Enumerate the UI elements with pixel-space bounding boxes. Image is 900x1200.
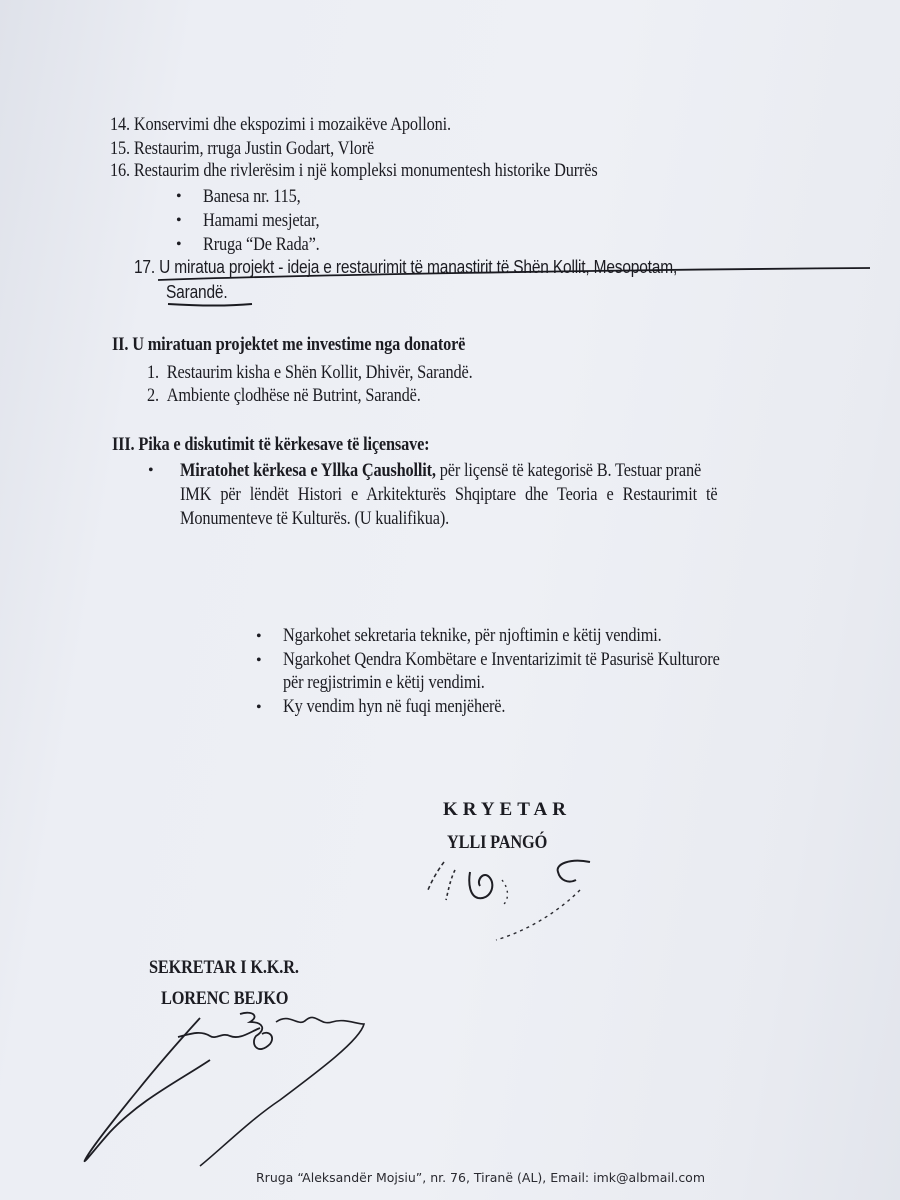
item-text: Restaurim dhe rivlerësim i një kompleksi…	[134, 160, 598, 181]
sub-item: Rruga “De Rada”.	[203, 234, 339, 256]
request-text: për liçensë të kategorisë B. Testuar pra…	[436, 460, 701, 481]
secretary-signature	[80, 1000, 380, 1170]
bullet-icon: •	[176, 212, 182, 230]
chair-signature	[400, 840, 620, 960]
bullet-icon: •	[176, 236, 182, 254]
item-text: Restaurim kisha e Shën Kollit, Dhivër, S…	[167, 362, 473, 383]
secretary-title-text: SEKRETAR I K.K.R.	[149, 957, 299, 979]
list-item-15: 15. Restaurim, rruga Justin Godart, Vlor…	[110, 138, 417, 160]
license-request-line-3: Monumenteve të Kulturës. (U kualifikua).	[180, 508, 493, 530]
chair-name-text: YLLI PANGÓ	[447, 832, 547, 854]
request-text: Monumenteve të Kulturës. (U kualifikua).	[180, 508, 449, 530]
donor-project-1: 1. Restaurim kisha e Shën Kollit, Dhivër…	[147, 362, 525, 384]
chair-name: YLLI PANGÓ	[447, 832, 563, 854]
item-text: Konservimi dhe ekspozimi i mozaikëve Apo…	[134, 114, 451, 135]
item-number: 14.	[110, 114, 130, 135]
section-ii-heading: II. U miratuan projektet me investime ng…	[112, 334, 523, 356]
bullet-icon: •	[176, 188, 182, 206]
chair-title: KRYETAR	[443, 799, 571, 821]
secretary-title: SEKRETAR I K.K.R.	[149, 957, 323, 979]
list-item-14: 14. Konservimi dhe ekspozimi i mozaikëve…	[110, 114, 506, 136]
heading-text: III. Pika e diskutimit të kërkesave të l…	[112, 434, 429, 456]
license-request-line-1: Miratohet kërkesa e Yllka Çaushollit, pë…	[180, 460, 786, 482]
item-number: 17.	[134, 257, 155, 277]
item-text: Restaurim, rruga Justin Godart, Vlorë	[134, 138, 374, 159]
sub-item: Hamami mesjetar,	[203, 210, 338, 232]
decision-item: Ngarkohet Qendra Kombëtare e Inventarizi…	[283, 649, 791, 671]
section-iii-heading: III. Pika e diskutimit të kërkesave të l…	[112, 434, 481, 456]
list-item-17: 17. U miratua projekt - ideja e restauri…	[134, 256, 766, 279]
list-item-17-cont: Sarandë.	[166, 281, 237, 304]
item-number: 16.	[110, 160, 130, 181]
donor-project-2: 2. Ambiente çlodhëse në Butrint, Sarandë…	[147, 385, 465, 407]
sub-item: Banesa nr. 115,	[203, 186, 316, 208]
item-text: Ambiente çlodhëse në Butrint, Sarandë.	[167, 385, 421, 406]
decision-text: Ngarkohet Qendra Kombëtare e Inventarizi…	[283, 649, 720, 671]
heading-text: II. U miratuan projektet me investime ng…	[112, 334, 465, 356]
item-number: 15.	[110, 138, 130, 159]
bullet-icon: •	[256, 652, 262, 670]
decision-item-cont: për regjistrimin e këtij vendimi.	[283, 672, 518, 694]
secretary-name: LORENC BEJKO	[161, 988, 309, 1010]
sub-item-text: Rruga “De Rada”.	[203, 234, 320, 256]
decision-item: Ky vendim hyn në fuqi menjëherë.	[283, 696, 541, 718]
item-number: 1.	[147, 362, 159, 383]
item-text: U miratua projekt - ideja e restaurimit …	[159, 257, 677, 277]
decision-text: Ngarkohet sekretaria teknike, për njofti…	[283, 625, 662, 647]
decision-text: Ky vendim hyn në fuqi menjëherë.	[283, 696, 505, 718]
secretary-name-text: LORENC BEJKO	[161, 988, 288, 1010]
item-number: 2.	[147, 385, 159, 406]
list-item-16: 16. Restaurim dhe rivlerësim i një kompl…	[110, 160, 677, 182]
license-request-line-2: IMK për lëndët Histori e Arkitekturës Sh…	[180, 484, 805, 506]
sub-item-text: Banesa nr. 115,	[203, 186, 301, 208]
bullet-icon: •	[256, 699, 262, 717]
bullet-icon: •	[256, 628, 262, 646]
sub-item-text: Hamami mesjetar,	[203, 210, 319, 232]
applicant-text: Miratohet kërkesa e Yllka Çaushollit,	[180, 460, 436, 481]
request-text: IMK për lëndët Histori e Arkitekturës Sh…	[180, 484, 717, 506]
decision-item: Ngarkohet sekretaria teknike, për njofti…	[283, 625, 723, 647]
item-text: Sarandë.	[166, 281, 227, 303]
document-page: 14. Konservimi dhe ekspozimi i mozaikëve…	[0, 0, 900, 1200]
decision-text: për regjistrimin e këtij vendimi.	[283, 672, 485, 694]
footer-address: Rruga “Aleksandër Mojsiu”, nr. 76, Tiran…	[256, 1170, 705, 1185]
bullet-icon: •	[148, 462, 154, 480]
